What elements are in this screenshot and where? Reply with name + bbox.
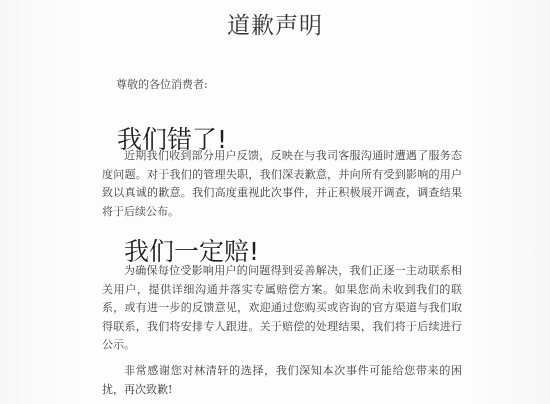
closing-paragraph: 非常感谢您对林清轩的选择，我们深知本次事件可能给您带来的困扰，再次致歉! xyxy=(102,362,462,399)
document-page: 道歉声明 尊敬的各位消费者: 我们错了! 近期我们收到部分用户反馈，反映在与我司… xyxy=(0,0,550,404)
salutation: 尊敬的各位消费者: xyxy=(116,76,208,92)
section-paragraph-apology: 近期我们收到部分用户反馈，反映在与我司客服沟通时遭遇了服务态度问题。对于我们的管… xyxy=(102,147,462,221)
document-title: 道歉声明 xyxy=(0,7,550,40)
section-paragraph-compensation: 为确保每位受影响用户的问题得到妥善解决，我们正逐一主动联系相关用户，提供详细沟通… xyxy=(102,262,462,355)
